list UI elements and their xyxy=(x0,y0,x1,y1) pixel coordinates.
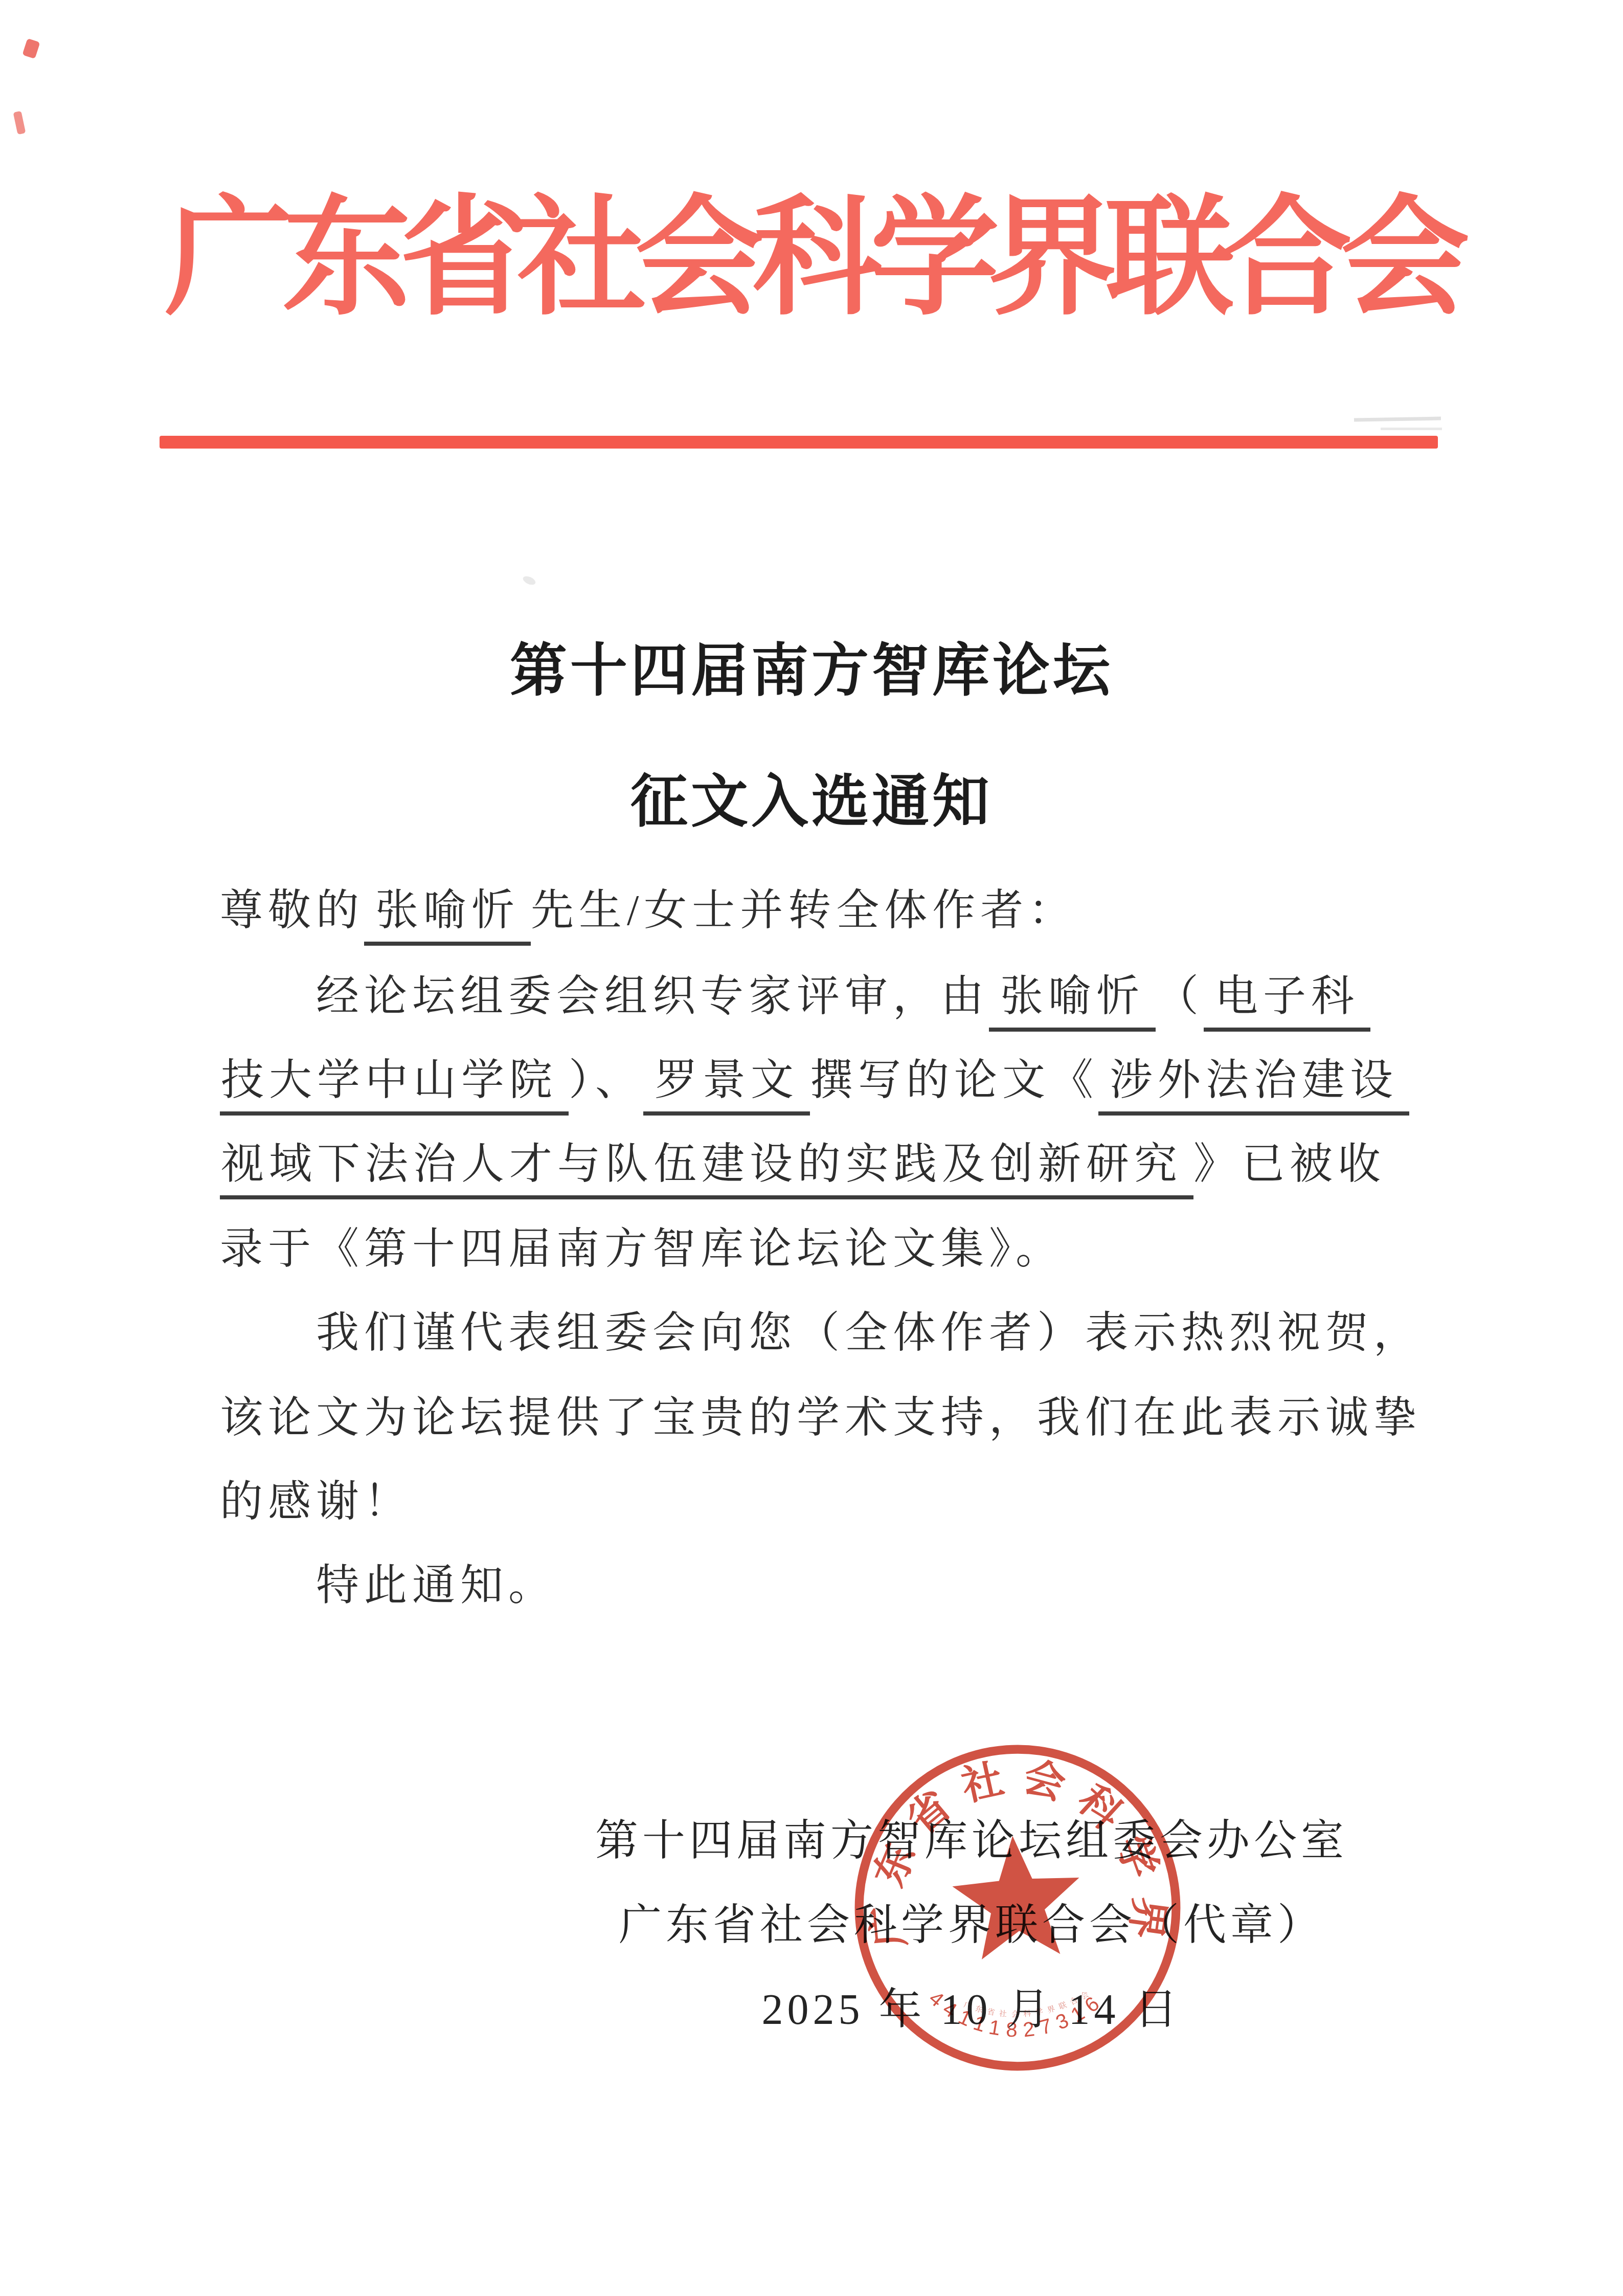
letterhead-rule xyxy=(160,436,1438,449)
scan-artifact-red-speck-1 xyxy=(22,38,40,59)
notice-title-subject: 征文入选通知 xyxy=(0,756,1623,838)
scan-artifact-gray-mark xyxy=(522,574,536,586)
thanks-text-1: 该论文为论坛提供了宝贵的学术支持，我们在此表示诚挚 xyxy=(220,1394,1422,1442)
affiliation-part1-underlined: 电子科 xyxy=(1204,970,1370,1032)
body-line-5: 录于《第十四届南方智库论坛论文集》。 xyxy=(220,1222,1064,1276)
affiliation-part2-underlined: 技大学中山学院 xyxy=(220,1054,569,1116)
coauthor-name-underlined: 罗景文 xyxy=(643,1054,810,1116)
scan-artifact-smudge-1 xyxy=(1354,417,1441,422)
body-line-notify: 特此通知。 xyxy=(316,1559,556,1613)
paren-open: （ xyxy=(1156,973,1204,1020)
paren-close-enum: ）、 xyxy=(569,1057,643,1104)
congrats-text: 我们谨代表组委会向您（全体作者）表示热烈祝贺， xyxy=(316,1309,1422,1357)
review-text: 经论坛组委会组织专家评审，由 xyxy=(316,973,989,1020)
accepted-text: 》已被收 xyxy=(1193,1141,1386,1188)
body-line-4: 视域下法治人才与队伍建设的实践及创新研究》已被收 xyxy=(220,1138,1386,1199)
body-line-7: 该论文为论坛提供了宝贵的学术支持，我们在此表示诚挚 xyxy=(220,1391,1422,1445)
body-line-6: 我们谨代表组委会向您（全体作者）表示热烈祝贺， xyxy=(316,1306,1422,1360)
star-icon xyxy=(949,1832,1085,1961)
proceedings-text: 录于《第十四届南方智库论坛论文集》。 xyxy=(220,1225,1064,1273)
hereby-notify-text: 特此通知。 xyxy=(316,1562,556,1610)
letterhead-org-name: 广东省社会科学界联合会 xyxy=(0,182,1623,336)
salutation-suffix: 先生/女士并转全体作者： xyxy=(531,887,1076,934)
paper-lead-in: 撰写的论文《 xyxy=(810,1057,1098,1104)
salutation-prefix: 尊敬的 xyxy=(220,887,364,934)
notice-title-forum: 第十四届南方智库论坛 xyxy=(0,625,1623,707)
svg-text:广东省社会科学界联合会: 广东省社会科学界联合会 xyxy=(837,1727,1176,1979)
notice-letter-page: 广东省社会科学界联合会 第十四届南方智库论坛 征文入选通知 尊敬的张喻忻先生/女… xyxy=(0,0,1623,2296)
body-line-3: 技大学中山学院）、罗景文撰写的论文《涉外法治建设 xyxy=(220,1054,1409,1116)
paper-title-part2-underlined: 视域下法治人才与队伍建设的实践及创新研究 xyxy=(220,1138,1193,1199)
paper-title-part1-underlined: 涉外法治建设 xyxy=(1098,1054,1409,1116)
seal-ring-text: 广东省社会科学界联合会 xyxy=(837,1727,1176,1979)
body-line-8: 的感谢！ xyxy=(220,1475,412,1529)
author-name-underlined: 张喻忻 xyxy=(989,970,1156,1032)
body-line-salutation: 尊敬的张喻忻先生/女士并转全体作者： xyxy=(220,884,1076,946)
scan-artifact-smudge-2 xyxy=(1381,428,1442,430)
recipient-name-underlined: 张喻忻 xyxy=(364,884,531,946)
thanks-text-2: 的感谢！ xyxy=(220,1478,412,1526)
body-line-2: 经论坛组委会组织专家评审，由张喻忻（电子科 xyxy=(316,970,1370,1032)
scan-artifact-red-speck-2 xyxy=(13,111,26,135)
official-seal: 广东省社会科学界联合会 44111827316 广东省社会科学界联合会 xyxy=(837,1727,1199,2089)
